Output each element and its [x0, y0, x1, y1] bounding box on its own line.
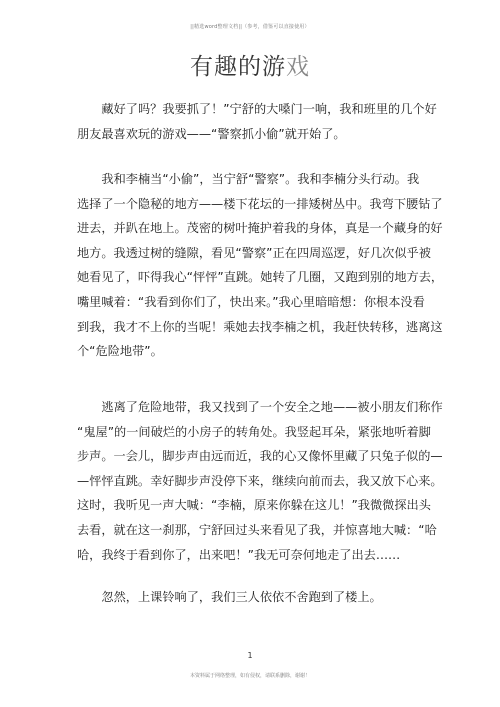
- title-text: 有趣的游: [190, 54, 286, 80]
- text-line: 去看，就在这一刹那，宁舒回过头来看见了我，并惊喜地大喊：“哈: [77, 518, 423, 543]
- text-line: —怦怦直跳。幸好脚步声没停下来，继续向前而去，我又放下心来。: [77, 469, 423, 494]
- paragraph-text: 忽然，上课铃响了，我们三人依依不舍跑到了楼上。: [77, 585, 423, 610]
- text-line: 地方。我透过树的缝隙，看见“警察”正在四周巡逻，好几次似乎被: [77, 241, 423, 266]
- page-number: 1: [0, 651, 500, 660]
- text-line: 这时，我听见一声大喊：“李楠，原来你躲在这儿！”我微微探出头: [77, 493, 423, 518]
- text-line: “鬼屋”的一间破烂的小房子的转角处。我竖起耳朵，紧张地听着脚: [77, 420, 423, 445]
- document-title: 有趣的游戏: [0, 48, 500, 81]
- paragraph-1: 藏好了吗？我要抓了！”宁舒的大嗓门一响，我和班里的几个好 朋友最喜欢玩的游戏——…: [77, 97, 423, 146]
- paragraph-text: 我和李楠当“小偷”，当宁舒“警察”。我和李楠分头行动。我 选择了一个隐秘的地方—…: [77, 167, 423, 364]
- paragraph-4: 忽然，上课铃响了，我们三人依依不舍跑到了楼上。: [77, 585, 423, 610]
- document-header-note: ||精选word整理文档||（参考，借鉴可以直接使用）: [0, 23, 500, 30]
- text-line: 忽然，上课铃响了，我们三人依依不舍跑到了楼上。: [77, 585, 423, 610]
- text-line: 选择了一个隐秘的地方——楼下花坛的一排矮树丛中。我弯下腰钻了: [77, 192, 423, 217]
- text-line: 她看见了，吓得我心“怦怦”直跳。她转了几圈，又跑到别的地方去，: [77, 265, 423, 290]
- text-line: 藏好了吗？我要抓了！”宁舒的大嗓门一响，我和班里的几个好: [77, 97, 423, 122]
- paragraph-3: 逃离了危险地带，我又找到了一个安全之地——被小朋友们称作 “鬼屋”的一间破烂的小…: [77, 395, 423, 567]
- paragraph-text: 藏好了吗？我要抓了！”宁舒的大嗓门一响，我和班里的几个好 朋友最喜欢玩的游戏——…: [77, 97, 423, 146]
- text-line: 朋友最喜欢玩的游戏——“警察抓小偷”就开始了。: [77, 122, 423, 147]
- text-line: 步声。一会儿，脚步声由远而近，我的心又像怀里藏了只兔子似的—: [77, 444, 423, 469]
- text-line: 个“危险地带”。: [77, 339, 423, 364]
- text-line: 哈，我终于看到你了，出来吧！”我无可奈何地走了出去……: [77, 543, 423, 568]
- text-line: 到我，我才不上你的当呢！乘她去找李楠之机，我赶快转移，逃离这: [77, 315, 423, 340]
- text-line: 我和李楠当“小偷”，当宁舒“警察”。我和李楠分头行动。我: [77, 167, 423, 192]
- text-line: 进去，并趴在地上。茂密的树叶掩护着我的身体，真是一个藏身的好: [77, 216, 423, 241]
- text-line: 逃离了危险地带，我又找到了一个安全之地——被小朋友们称作: [77, 395, 423, 420]
- paragraph-text: 逃离了危险地带，我又找到了一个安全之地——被小朋友们称作 “鬼屋”的一间破烂的小…: [77, 395, 423, 567]
- title-text-light: 戏: [286, 54, 310, 80]
- paragraph-2: 我和李楠当“小偷”，当宁舒“警察”。我和李楠分头行动。我 选择了一个隐秘的地方—…: [77, 167, 423, 364]
- text-line: 嘴里喊着：“我看到你们了，快出来。”我心里暗暗想：你根本没看: [77, 290, 423, 315]
- document-footer-note: 本资料属于网络整理，如有侵权，请联系删除，谢谢！: [0, 672, 500, 679]
